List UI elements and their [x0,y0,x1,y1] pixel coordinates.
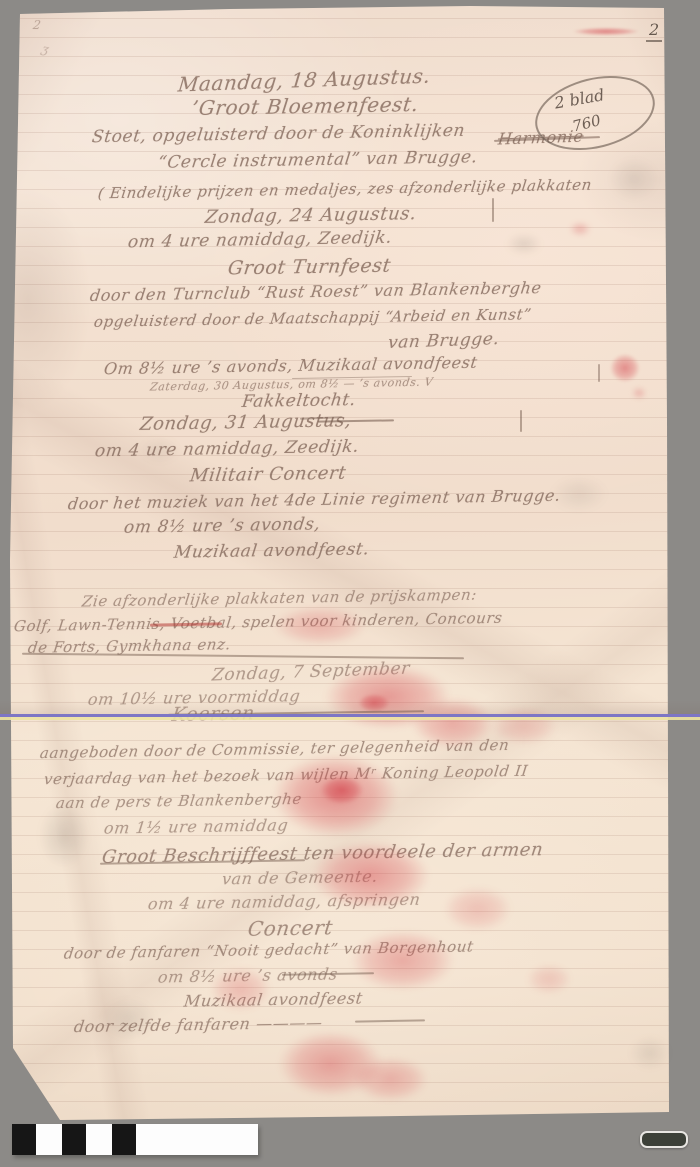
handwritten-line: Militair Concert [189,463,348,487]
seam-shadow [0,700,700,714]
photo-canvas: Maandag, 18 Augustus.’Groot Bloemenfeest… [0,0,700,1167]
scale-bar-segment [36,1124,62,1155]
handwritten-line: van de Gemeente. [221,867,379,889]
handwritten-line: om 8½ ure ’s avonds, [123,514,322,537]
scale-bar-segment [62,1124,86,1155]
scale-bar-segment [136,1124,258,1155]
handwritten-line: Fakkeltocht. [241,390,357,412]
handwritten-line: Zondag, 24 Augustus. [204,203,418,228]
handwritten-line: van Brugge. [387,329,501,353]
circle-note-text: 2 blad [553,85,606,112]
page-number: 2 [646,20,662,42]
handwritten-line: om 8½ ure ’s avonds [157,964,339,986]
handwritten-line: Concert [247,915,335,941]
seam-yellow-line [0,717,700,720]
label-sticker [640,1131,688,1148]
photo-scale-bar [12,1124,258,1155]
pen-stroke [598,364,600,382]
handwritten-line: ’Groot Bloemenfeest. [191,92,421,120]
handwritten-line: Muzikaal avondfeest. [173,539,371,562]
circle-note-number: 760 [571,111,603,135]
pen-stroke [520,410,522,432]
scale-bar-segment [12,1124,36,1155]
handwritten-line: om 1½ ure namiddag [103,815,290,837]
handwritten-line: Groot Turnfeest [227,255,393,280]
scale-bar-segment [86,1124,112,1155]
photo-seam [0,714,700,722]
pen-stroke [492,198,494,222]
handwritten-line: Muzikaal avondfeest [183,988,364,1010]
scale-bar-segment [112,1124,136,1155]
